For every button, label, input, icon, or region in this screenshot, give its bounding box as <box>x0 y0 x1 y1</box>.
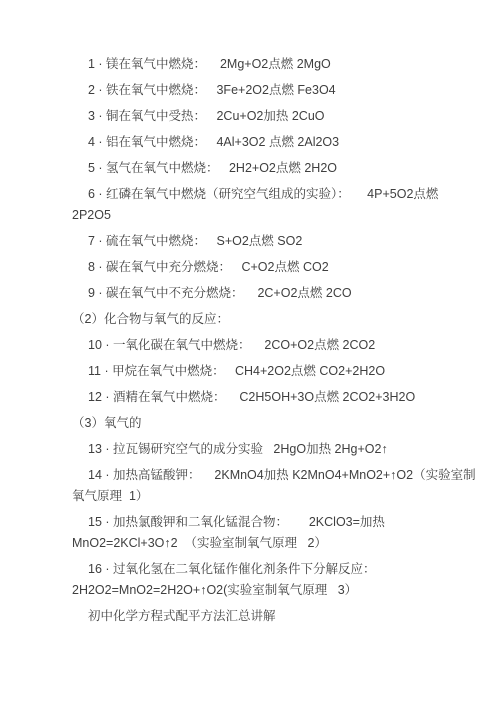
equation-line-16-continuation: 2H2O2=MnO2=2H2O+↑O2(实验室制氧气原理 3） <box>72 580 500 600</box>
equation-line-9: 9 · 碳在氧气中不充分燃烧： 2C+O2点燃 2CO <box>72 283 500 303</box>
equation-line-7: 7 · 硫在氧气中燃烧： S+O2点燃 SO2 <box>72 231 500 251</box>
equation-line-4: 4 · 铝在氧气中燃烧： 4Al+3O2 点燃 2Al2O3 <box>72 132 500 152</box>
equation-line-6: 6 · 红磷在氧气中燃烧（研究空气组成的实验）： 4P+5O2点燃 <box>72 184 500 204</box>
equation-line-6-continuation: 2P2O5 <box>72 205 500 225</box>
equation-line-3: 3 · 铜在氧气中受热： 2Cu+O2加热 2CuO <box>72 106 500 126</box>
equation-line-13: 13 · 拉瓦锡研究空气的成分实验 2HgO加热 2Hg+O2↑ <box>72 439 500 459</box>
equation-line-14: 14 · 加热高锰酸钾： 2KMnO4加热 K2MnO4+MnO2+↑O2（实验… <box>72 465 500 485</box>
equation-line-12: 12 · 酒精在氧气中燃烧： C2H5OH+3O点燃 2CO2+3H2O <box>72 387 500 407</box>
equation-line-1: 1 · 镁在氧气中燃烧： 2Mg+O2点燃 2MgO <box>72 54 500 74</box>
document-page: 1 · 镁在氧气中燃烧： 2Mg+O2点燃 2MgO 2 · 铁在氧气中燃烧： … <box>0 0 500 708</box>
equation-line-10: 10 · 一氧化碳在氧气中燃烧： 2CO+O2点燃 2CO2 <box>72 335 500 355</box>
section-header-2: （2）化合物与氧气的反应： <box>72 309 500 329</box>
equation-line-16: 16 · 过氧化氢在二氧化锰作催化剂条件下分解反应： <box>72 559 500 579</box>
equation-line-14-continuation: 氧气原理 1） <box>72 486 500 506</box>
closing-title-line: 初中化学方程式配平方法汇总讲解 <box>72 606 500 626</box>
equation-line-15-continuation: MnO2=2KCl+3O↑2 （实验室制氧气原理 2） <box>72 533 500 553</box>
equation-line-2: 2 · 铁在氧气中燃烧： 3Fe+2O2点燃 Fe3O4 <box>72 80 500 100</box>
equation-line-5: 5 · 氢气在氧气中燃烧： 2H2+O2点燃 2H2O <box>72 158 500 178</box>
equation-line-11: 11 · 甲烷在氧气中燃烧： CH4+2O2点燃 CO2+2H2O <box>72 361 500 381</box>
equation-line-15: 15 · 加热氯酸钾和二氧化锰混合物： 2KClO3=加热 <box>72 512 500 532</box>
section-header-3: （3）氧气的 <box>72 413 500 433</box>
equation-line-8: 8 · 碳在氧气中充分燃烧： C+O2点燃 CO2 <box>72 257 500 277</box>
